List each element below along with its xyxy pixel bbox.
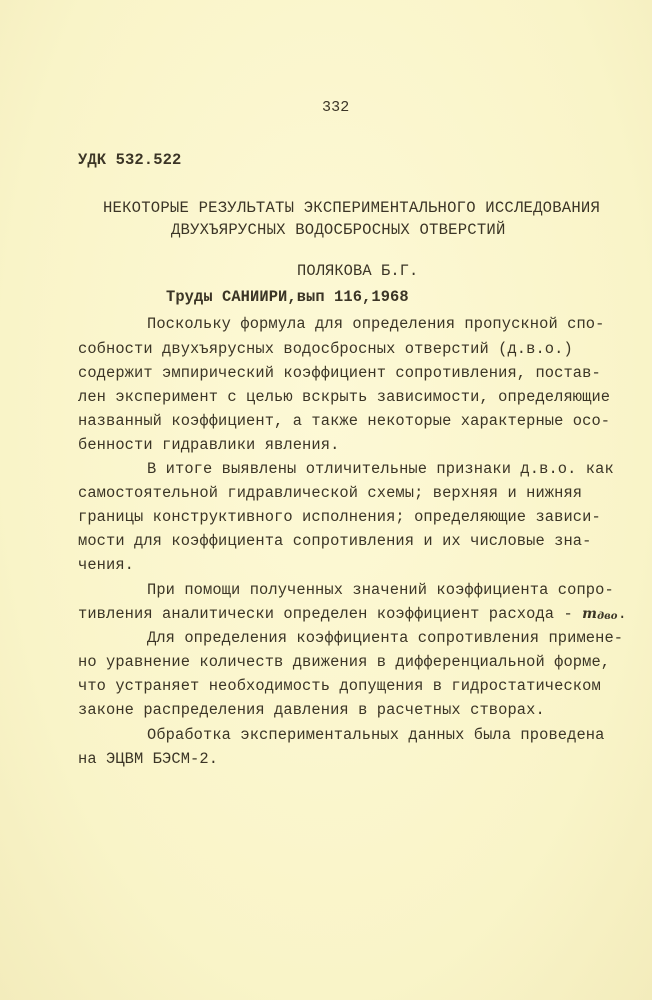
title-line-1: НЕКОТОРЫЕ РЕЗУЛЬТАТЫ ЭКСПЕРИМЕНТАЛЬНОГО …	[103, 201, 600, 217]
source-citation: Труды САНИИРИ,вып 116,1968	[166, 290, 409, 305]
body-line: тивления аналитически определен коэффици…	[78, 607, 627, 622]
body-line-text: тивления аналитически определен коэффици…	[78, 605, 573, 623]
body-line: законе распределения давления в расчетны…	[78, 703, 545, 718]
body-line: на ЭЦВМ БЭСМ-2.	[78, 752, 218, 767]
body-line: лен эксперимент с целью вскрыть зависимо…	[78, 390, 610, 405]
body-line: самостоятельной гидравлической схемы; ве…	[78, 486, 582, 501]
body-line: мости для коэффициента сопротивления и и…	[78, 534, 591, 549]
body-line: но уравнение количеств движения в диффер…	[78, 655, 610, 670]
discharge-coefficient-symbol: mдво	[582, 606, 617, 622]
body-line: собности двухъярусных водосбросных отвер…	[78, 342, 573, 357]
body-line: Поскольку формула для определения пропус…	[147, 317, 604, 332]
body-line: Обработка экспериментальных данных была …	[147, 728, 604, 743]
body-line: что устраняет необходимость допущения в …	[78, 679, 601, 694]
body-line: чения.	[78, 558, 134, 573]
body-line: границы конструктивного исполнения; опре…	[78, 510, 601, 525]
body-line: Для определения коэффициента сопротивлен…	[147, 631, 623, 646]
body-line: содержит эмпирический коэффициент сопрот…	[78, 366, 601, 381]
document-page: 332 УДК 532.522 НЕКОТОРЫЕ РЕЗУЛЬТАТЫ ЭКС…	[0, 0, 652, 1000]
udk-code: УДК 532.522	[78, 153, 181, 169]
body-line: названный коэффициент, а также некоторые…	[78, 414, 610, 429]
author: ПОЛЯКОВА Б.Г.	[297, 264, 418, 279]
body-line: При помощи полученных значений коэффицие…	[147, 583, 614, 598]
body-line: В итоге выявлены отличительные признаки …	[147, 462, 614, 477]
title-line-2: ДВУХЪЯРУСНЫХ ВОДОСБРОСНЫХ ОТВЕРСТИЙ	[171, 223, 506, 239]
body-line: бенности гидравлики явления.	[78, 438, 339, 453]
page-number: 332	[322, 100, 349, 115]
